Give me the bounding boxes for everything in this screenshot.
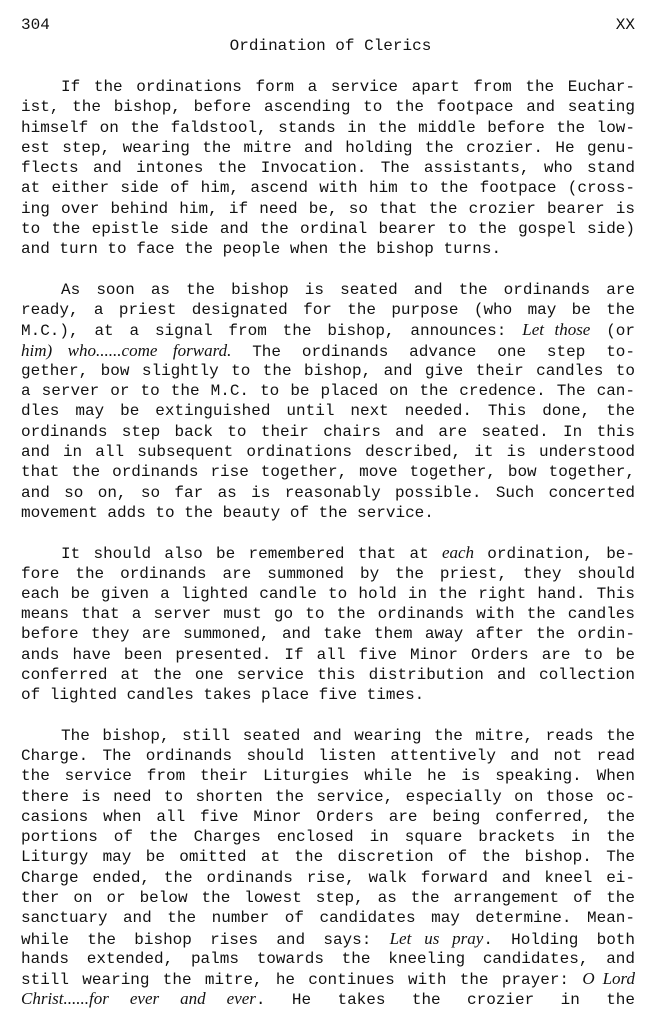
text-line: ready, a priest designated for the purpo… bbox=[21, 300, 635, 320]
text-segment: and so on, so far as is reasonably possi… bbox=[21, 484, 635, 502]
text-line: conferred at the one service this distri… bbox=[21, 665, 635, 685]
text-line: gether, bow slightly to the bishop, and … bbox=[21, 361, 635, 381]
text-segment: to the epistle side and the ordinal bear… bbox=[21, 220, 635, 238]
text-segment: hands extended, palms towards the kneeli… bbox=[21, 950, 635, 968]
text-line: still wearing the mitre, he continues wi… bbox=[21, 969, 635, 989]
text-segment: casions when all five Minor Orders are b… bbox=[21, 808, 635, 826]
text-segment: It should also be remembered that at bbox=[61, 545, 442, 563]
text-segment: means that a server must go to the ordin… bbox=[21, 605, 635, 623]
page-number: 304 bbox=[21, 16, 50, 34]
text-line: movement adds to the beauty of the servi… bbox=[21, 503, 635, 523]
text-segment: and in all subsequent ordinations descri… bbox=[21, 443, 635, 461]
text-line: casions when all five Minor Orders are b… bbox=[21, 807, 635, 827]
text-segment: the service from their Liturgies while h… bbox=[21, 767, 635, 785]
text-segment: . Holding both bbox=[483, 931, 635, 949]
text-segment: If the ordinations form a service apart … bbox=[61, 78, 635, 96]
text-segment: portions of the Charges enclosed in squa… bbox=[21, 828, 635, 846]
text-segment: that the ordinands rise together, move t… bbox=[21, 463, 635, 481]
text-line: ands have been presented. If all five Mi… bbox=[21, 645, 635, 665]
text-line: est step, wearing the mitre and holding … bbox=[21, 138, 635, 158]
text-segment: fore the ordinands are summoned by the p… bbox=[21, 565, 635, 583]
text-segment: himself on the faldstool, stands in the … bbox=[21, 119, 635, 137]
italic-text: Let those bbox=[522, 320, 590, 339]
text-segment: ands have been presented. If all five Mi… bbox=[21, 646, 635, 664]
text-line: a server or to the M.C. to be placed on … bbox=[21, 381, 635, 401]
text-segment: sanctuary and the number of candidates m… bbox=[21, 909, 635, 927]
italic-text: each bbox=[442, 543, 474, 562]
text-segment: still wearing the mitre, he continues wi… bbox=[21, 971, 582, 989]
text-line: of lighted candles takes place five time… bbox=[21, 685, 635, 705]
italic-text: him) who......come forward. bbox=[21, 341, 231, 360]
text-segment: The ordinands advance one step to- bbox=[231, 343, 635, 361]
text-line: portions of the Charges enclosed in squa… bbox=[21, 827, 635, 847]
text-segment: ther on or below the lowest step, as the… bbox=[21, 889, 635, 907]
text-line: the service from their Liturgies while h… bbox=[21, 766, 635, 786]
chapter-number: XX bbox=[616, 16, 635, 34]
text-line: and in all subsequent ordinations descri… bbox=[21, 442, 635, 462]
text-line: himself on the faldstool, stands in the … bbox=[21, 118, 635, 138]
text-line: before they are summoned, and take them … bbox=[21, 624, 635, 644]
text-line: that the ordinands rise together, move t… bbox=[21, 462, 635, 482]
text-segment: As soon as the bishop is seated and the … bbox=[61, 281, 635, 299]
text-segment: at either side of him, ascend with him t… bbox=[21, 179, 635, 197]
text-line: means that a server must go to the ordin… bbox=[21, 604, 635, 624]
text-line: at either side of him, ascend with him t… bbox=[21, 178, 635, 198]
text-segment: conferred at the one service this distri… bbox=[21, 666, 635, 684]
text-segment: est step, wearing the mitre and holding … bbox=[21, 139, 635, 157]
text-line: while the bishop rises and says: Let us … bbox=[21, 929, 635, 949]
text-line: ing over behind him, if need be, so that… bbox=[21, 199, 635, 219]
text-segment: of lighted candles takes place five time… bbox=[21, 686, 424, 704]
text-segment: dles may be extinguished until next need… bbox=[21, 402, 635, 420]
text-segment: a server or to the M.C. to be placed on … bbox=[21, 382, 635, 400]
text-line: M.C.), at a signal from the bishop, anno… bbox=[21, 320, 635, 340]
text-line: Charge ended, the ordinands rise, walk f… bbox=[21, 868, 635, 888]
text-segment: ordinands step back to their chairs and … bbox=[21, 423, 635, 441]
text-line: flects and intones the Invocation. The a… bbox=[21, 158, 635, 178]
text-line: dles may be extinguished until next need… bbox=[21, 401, 635, 421]
text-line: hands extended, palms towards the kneeli… bbox=[21, 949, 635, 969]
text-segment: ready, a priest designated for the purpo… bbox=[21, 301, 635, 319]
text-line: to the epistle side and the ordinal bear… bbox=[21, 219, 635, 239]
text-segment: flects and intones the Invocation. The a… bbox=[21, 159, 635, 177]
italic-text: Let us pray bbox=[390, 929, 484, 948]
text-line: Liturgy may be omitted at the discretion… bbox=[21, 847, 635, 867]
text-segment: Charge ended, the ordinands rise, walk f… bbox=[21, 869, 635, 887]
text-segment: (or bbox=[590, 322, 635, 340]
text-line: The bishop, still seated and wearing the… bbox=[21, 726, 635, 746]
paragraph: The bishop, still seated and wearing the… bbox=[21, 726, 635, 1010]
text-segment: Charge. The ordinands should listen atte… bbox=[21, 747, 635, 765]
text-segment: before they are summoned, and take them … bbox=[21, 625, 635, 643]
text-segment: movement adds to the beauty of the servi… bbox=[21, 504, 434, 522]
text-line: and so on, so far as is reasonably possi… bbox=[21, 483, 635, 503]
paragraph: If the ordinations form a service apart … bbox=[21, 77, 635, 260]
italic-text: Christ......for ever and ever bbox=[21, 989, 256, 1008]
text-line: him) who......come forward. The ordinand… bbox=[21, 341, 635, 361]
text-segment: each be given a lighted candle to hold i… bbox=[21, 585, 635, 603]
text-segment: while the bishop rises and says: bbox=[21, 931, 390, 949]
text-line: there is need to shorten the service, es… bbox=[21, 787, 635, 807]
text-line: It should also be remembered that at eac… bbox=[21, 543, 635, 563]
text-segment: and turn to face the people when the bis… bbox=[21, 240, 501, 258]
text-segment: Liturgy may be omitted at the discretion… bbox=[21, 848, 635, 866]
text-line: If the ordinations form a service apart … bbox=[21, 77, 635, 97]
text-segment: ist, the bishop, before ascending to the… bbox=[21, 98, 635, 116]
paragraph: As soon as the bishop is seated and the … bbox=[21, 280, 635, 524]
text-line: ther on or below the lowest step, as the… bbox=[21, 888, 635, 908]
text-line: Charge. The ordinands should listen atte… bbox=[21, 746, 635, 766]
text-line: and turn to face the people when the bis… bbox=[21, 239, 635, 259]
text-segment: M.C.), at a signal from the bishop, anno… bbox=[21, 322, 522, 340]
text-line: fore the ordinands are summoned by the p… bbox=[21, 564, 635, 584]
text-segment: The bishop, still seated and wearing the… bbox=[61, 727, 635, 745]
text-segment: ordination, be- bbox=[474, 545, 635, 563]
text-line: Christ......for ever and ever. He takes … bbox=[21, 989, 635, 1009]
italic-text: O Lord bbox=[582, 969, 635, 988]
text-segment: ing over behind him, if need be, so that… bbox=[21, 200, 635, 218]
text-line: ordinands step back to their chairs and … bbox=[21, 422, 635, 442]
text-line: As soon as the bishop is seated and the … bbox=[21, 280, 635, 300]
body-text: If the ordinations form a service apart … bbox=[21, 77, 635, 1029]
paragraph: It should also be remembered that at eac… bbox=[21, 543, 635, 705]
text-segment: there is need to shorten the service, es… bbox=[21, 788, 635, 806]
text-segment: gether, bow slightly to the bishop, and … bbox=[21, 362, 635, 380]
text-segment: . He takes the crozier in the bbox=[256, 991, 635, 1009]
text-line: sanctuary and the number of candidates m… bbox=[21, 908, 635, 928]
running-title: Ordination of Clerics bbox=[0, 37, 661, 55]
text-line: each be given a lighted candle to hold i… bbox=[21, 584, 635, 604]
text-line: ist, the bishop, before ascending to the… bbox=[21, 97, 635, 117]
